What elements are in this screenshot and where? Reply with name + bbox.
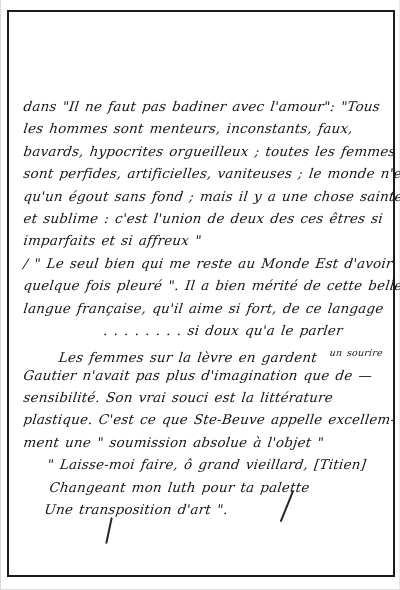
manuscript-line: " Laisse-moi faire, ô grand vieillard, [… — [22, 455, 393, 477]
manuscript-page: dans "Il ne faut pas badiner avec l'amou… — [0, 0, 400, 590]
manuscript-line: Changeant mon luth pour ta palette — [22, 478, 393, 500]
manuscript-line: langue française, qu'il aime si fort, de… — [22, 299, 393, 321]
manuscript-line: sensibilité. Son vrai souci est la litté… — [22, 388, 393, 410]
manuscript-line: bavards, hypocrites orgueilleux ; toutes… — [22, 142, 393, 164]
superscript-insertion: un sourire — [329, 348, 384, 359]
manuscript-line: . . . . . . . . si doux qu'a le parler — [22, 321, 393, 343]
manuscript-line: les hommes sont menteurs, inconstants, f… — [22, 119, 393, 141]
manuscript-line: Une transposition d'art ". — [22, 500, 393, 522]
manuscript-line: et sublime : c'est l'union de deux des c… — [22, 209, 393, 231]
manuscript-line: quelque fois pleuré ". Il a bien mérité … — [22, 276, 393, 298]
manuscript-line: Gautier n'avait pas plus d'imagination q… — [22, 366, 393, 388]
manuscript-line: plastique. C'est ce que Ste-Beuve appell… — [22, 410, 393, 432]
manuscript-line: Les femmes sur la lèvre en gardent un so… — [22, 343, 393, 365]
manuscript-line: dans "Il ne faut pas badiner avec l'amou… — [22, 97, 393, 119]
handwritten-text-block: dans "Il ne faut pas badiner avec l'amou… — [22, 97, 390, 522]
manuscript-line: imparfaits et si affreux " — [22, 231, 393, 253]
manuscript-line: ment une " soumission absolue à l'objet … — [22, 433, 393, 455]
manuscript-line: qu'un égout sans fond ; mais il y a une … — [22, 187, 393, 209]
manuscript-line: sont perfides, artificielles, vaniteuses… — [22, 164, 393, 186]
manuscript-line-main: Les femmes sur la lèvre en gardent — [58, 351, 318, 366]
manuscript-line: / " Le seul bien qui me reste au Monde E… — [22, 254, 393, 276]
